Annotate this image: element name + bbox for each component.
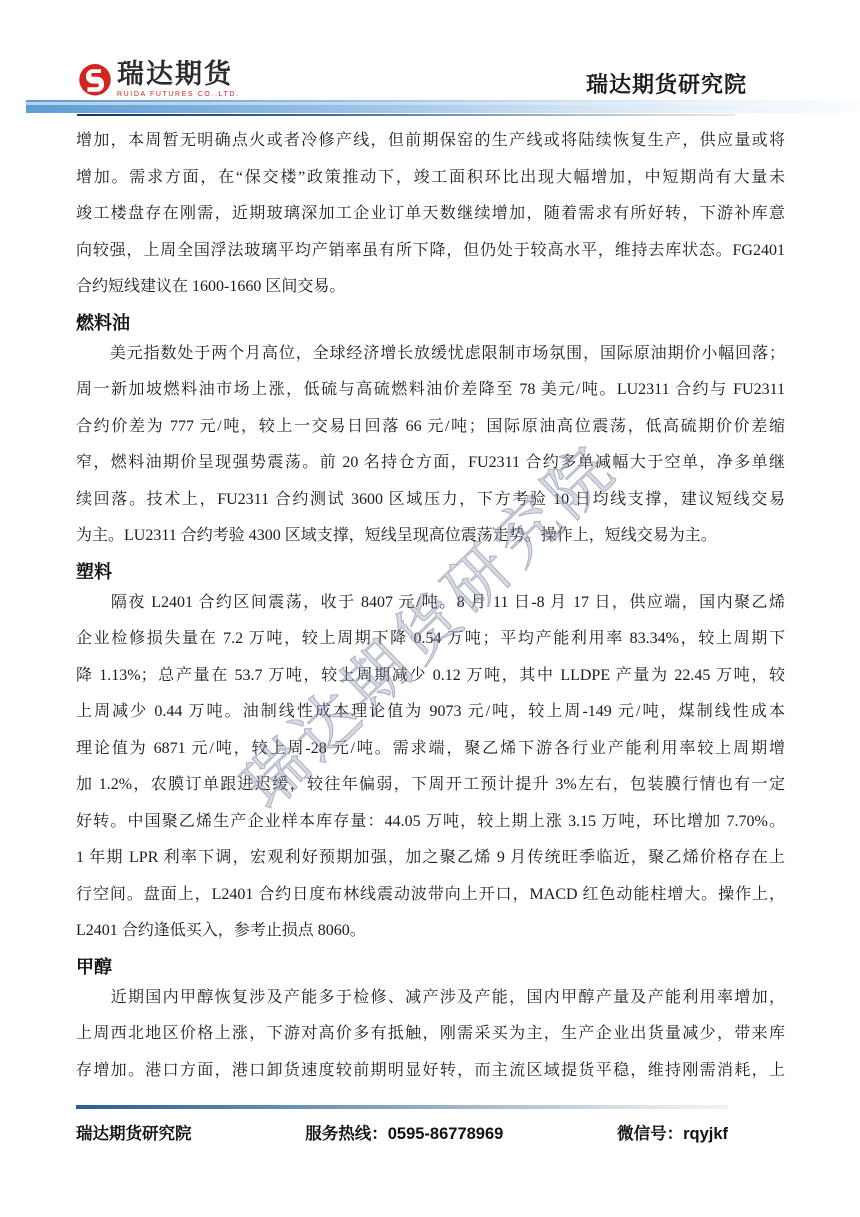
document-page: 瑞达期货 RUIDA FUTURES CO.,LTD. 瑞达期货研究院 瑞达期货… xyxy=(0,0,860,1217)
logo-text: 瑞达期货 RUIDA FUTURES CO.,LTD. xyxy=(117,60,240,98)
section-heading: 燃料油 xyxy=(76,310,785,336)
paragraph-line: 企业检修损失量在 7.2 万吨，较上周期下降 0.54 万吨；平均产能利用率 8… xyxy=(76,621,785,658)
paragraph-line: 理论值为 6871 元/吨，较上周-28 元/吨。需求端，聚乙烯下游各行业产能利… xyxy=(76,731,785,768)
section-heading: 塑料 xyxy=(76,559,785,585)
header-gradient-bar xyxy=(26,100,860,113)
paragraph-line: 隔夜 L2401 合约区间震荡，收于 8407 元/吨。8 月 11 日-8 月… xyxy=(76,585,785,622)
header-title: 瑞达期货研究院 xyxy=(586,68,747,99)
paragraph-line: 美元指数处于两个月高位，全球经济增长放缓忧虑限制市场氛围，国际原油期价小幅回落； xyxy=(76,336,785,373)
footer-wechat-id: 微信号：rqyjkf xyxy=(617,1120,728,1144)
paragraph-line: 合约短线建议在 1600-1660 区间交易。 xyxy=(76,269,785,306)
paragraph-line: 窄，燃料油期价呈现强势震荡。前 20 名持仓方面，FU2311 合约多单减幅大于… xyxy=(76,445,785,482)
paragraph-line: L2401 合约逢低买入，参考止损点 8060。 xyxy=(76,913,785,950)
footer-gradient-line xyxy=(76,1105,728,1109)
paragraph-line: 为主。LU2311 合约考验 4300 区域支撑，短线呈现高位震荡走势。操作上，… xyxy=(76,518,785,555)
ruida-logo: 瑞达期货 RUIDA FUTURES CO.,LTD. xyxy=(77,60,240,98)
paragraph-line: 向较强，上周全国浮法玻璃平均产销率虽有所下降，但仍处于较高水平，维持去库状态。F… xyxy=(76,233,785,270)
paragraph-line: 竣工楼盘存在刚需，近期玻璃深加工企业订单天数继续增加，随着需求有所好转，下游补库… xyxy=(76,196,785,233)
ruida-logo-icon xyxy=(77,60,113,98)
paragraph-line: 好转。中国聚乙烯生产企业样本库存量：44.05 万吨，较上期上涨 3.15 万吨… xyxy=(76,804,785,841)
logo-english-name: RUIDA FUTURES CO.,LTD. xyxy=(117,91,240,98)
paragraph-line: 增加，本周暂无明确点火或者冷修产线，但前期保窑的生产线或将陆续恢复生产，供应量或… xyxy=(76,123,785,160)
paragraph-line: 周一新加坡燃料油市场上涨，低硫与高硫燃料油价差降至 78 美元/吨。LU2311… xyxy=(76,372,785,409)
paragraph-line: 加 1.2%，农膜订单跟进迟缓，较往年偏弱，下周开工预计提升 3%左右，包装膜行… xyxy=(76,767,785,804)
paragraph-line: 上周减少 0.44 万吨。油制线性成本理论值为 9073 元/吨，较上周-149… xyxy=(76,694,785,731)
paragraph-line: 续回落。技术上，FU2311 合约测试 3600 区域压力，下方考验 10 日均… xyxy=(76,482,785,519)
footer: 瑞达期货研究院 服务热线：0595-86778969 微信号：rqyjkf xyxy=(76,1120,728,1144)
header-underline xyxy=(77,114,735,117)
footer-institute: 瑞达期货研究院 xyxy=(76,1120,192,1144)
paragraph-line: 行空间。盘面上，L2401 合约日度布林线震动波带向上开口，MACD 红色动能柱… xyxy=(76,877,785,914)
paragraph-line: 1 年期 LPR 利率下调，宏观利好预期加强，加之聚乙烯 9 月传统旺季临近，聚… xyxy=(76,840,785,877)
paragraph-line: 降 1.13%；总产量在 53.7 万吨，较上周期减少 0.12 万吨，其中 L… xyxy=(76,658,785,695)
paragraph-line: 近期国内甲醇恢复涉及产能多于检修、减产涉及产能，国内甲醇产量及产能利用率增加， xyxy=(76,980,785,1017)
paragraph-line: 存增加。港口方面，港口卸货速度较前期明显好转，而主流区域提货平稳，维持刚需消耗，… xyxy=(76,1053,785,1090)
section-heading: 甲醇 xyxy=(76,954,785,980)
footer-service-hotline: 服务热线：0595-86778969 xyxy=(305,1120,503,1144)
paragraph-line: 上周西北地区价格上涨，下游对高价多有抵触，刚需采买为主，生产企业出货量减少，带来… xyxy=(76,1016,785,1053)
logo-chinese-name: 瑞达期货 xyxy=(117,60,240,89)
document-body: 增加，本周暂无明确点火或者冷修产线，但前期保窑的生产线或将陆续恢复生产，供应量或… xyxy=(76,123,785,1089)
paragraph-line: 合约价差为 777 元/吨，较上一交易日回落 66 元/吨；国际原油高位震荡，低… xyxy=(76,409,785,446)
paragraph-line: 增加。需求方面，在“保交楼”政策推动下，竣工面积环比出现大幅增加，中短期尚有大量… xyxy=(76,160,785,197)
